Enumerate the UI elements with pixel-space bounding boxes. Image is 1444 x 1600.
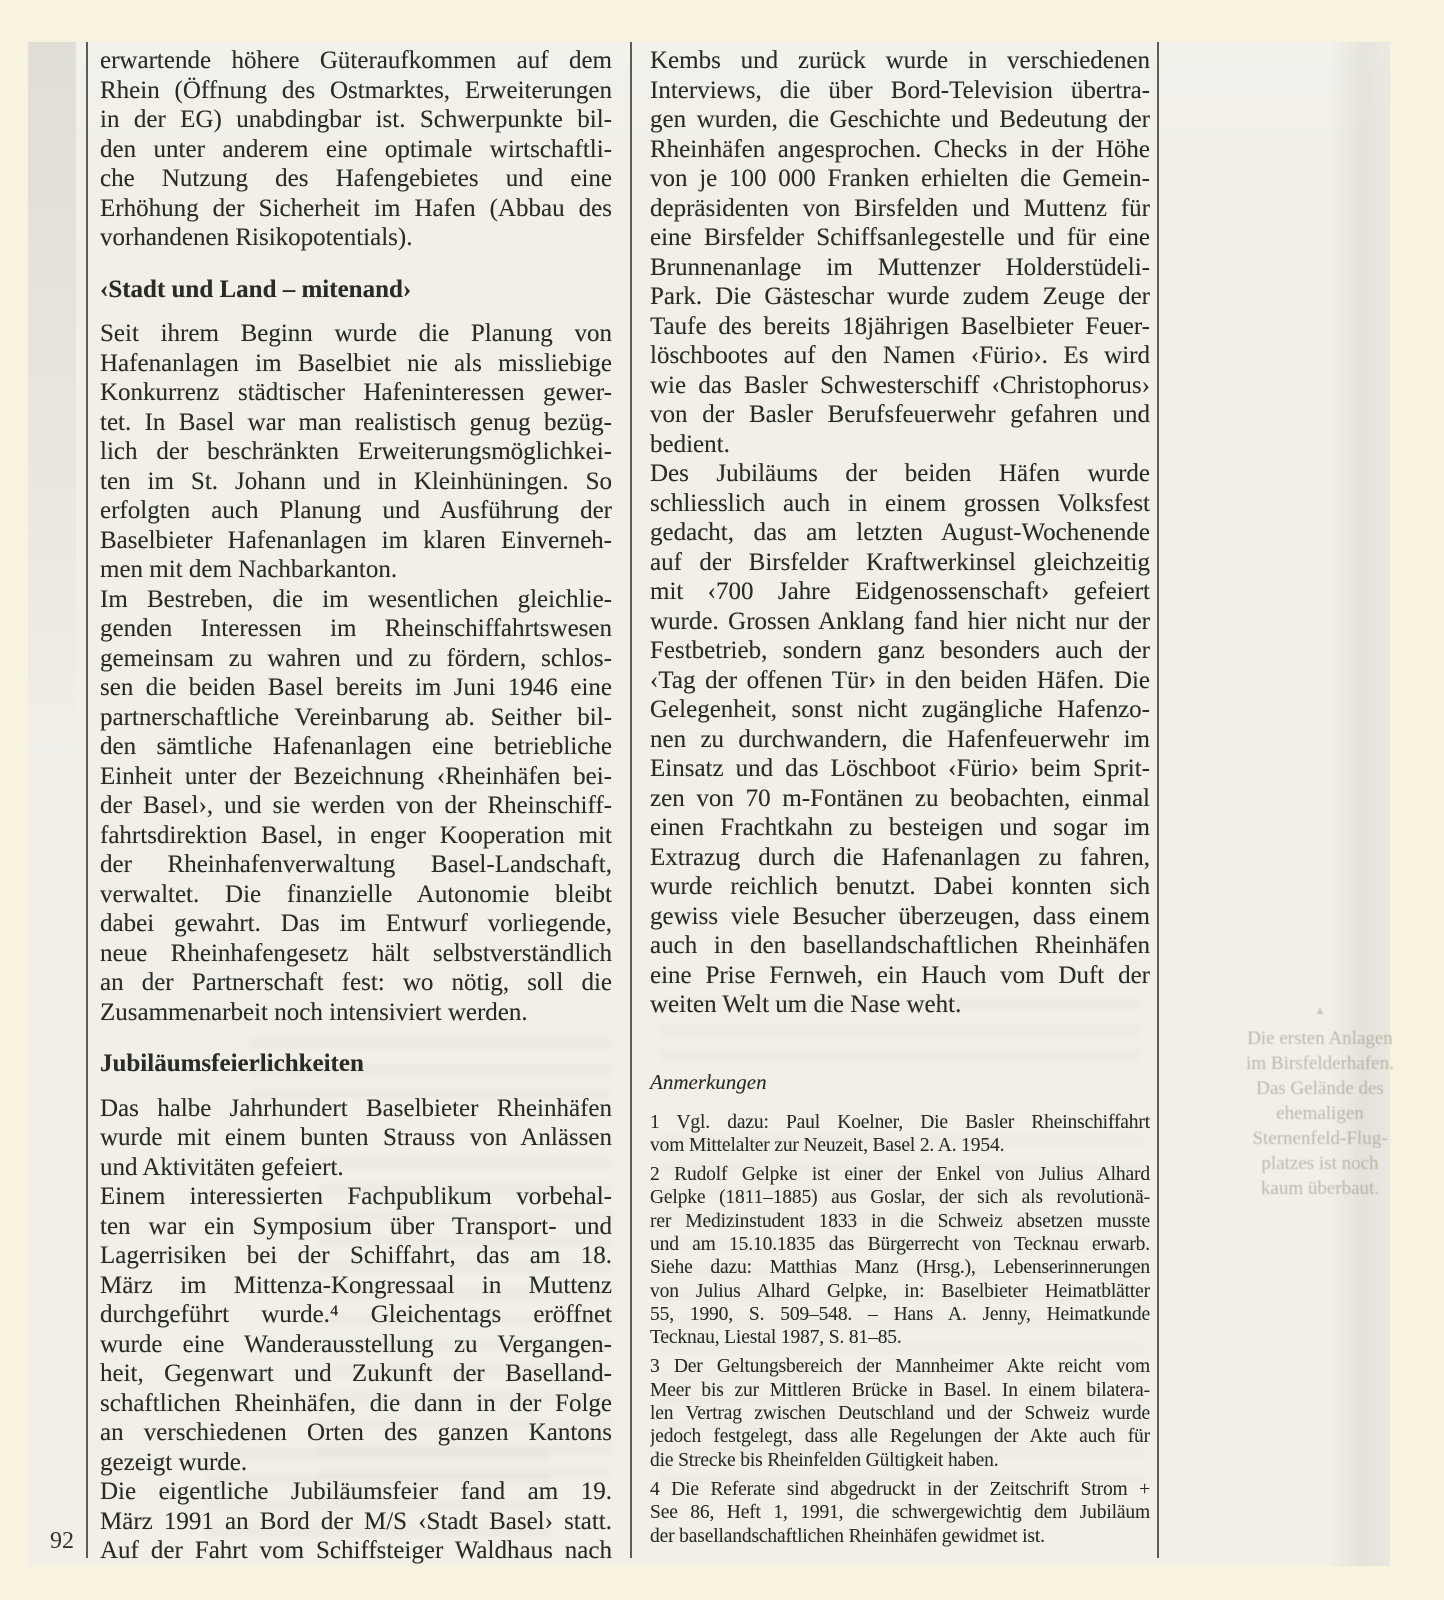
text-line: wurde mit einem bunten Strauss von Anläs… [100,1123,612,1153]
text-line: einen Frachtkahn zu besteigen und sogar … [650,813,1150,843]
text-line: schaftlichen Rheinhäfen, die dann in der… [100,1389,612,1419]
text-line: 3 Der Geltungsbereich der Mannheimer Akt… [650,1355,1150,1378]
text-line: von der Basler Berufsfeuerwehr gefahren … [650,400,1150,430]
text-line: Taufe des bereits 18jährigen Baselbieter… [650,312,1150,342]
text-line: von Julius Alhard Gelpke, in: Baselbiete… [650,1280,1150,1303]
text-line: Extrazug durch die Hafenanlagen zu fahre… [650,843,1150,873]
text-line: Gelegenheit, sonst nicht zugängliche Haf… [650,695,1150,725]
scan-shading-left [28,42,76,802]
text-line: 55, 1990, S. 509–548. – Hans A. Jenny, H… [650,1303,1150,1326]
article-column-left: erwartende höhere Güteraufkommen auf dem… [100,46,612,1566]
caption-pointer-icon: ▲ [1222,1004,1418,1018]
text-line: die Strecke bis Rheinfelden Gültigkeit h… [650,1449,1150,1472]
text-line: vorhandenen Risikopotentials). [100,223,612,253]
footnote: 2 Rudolf Gelpke ist einer der Enkel von … [650,1163,1150,1349]
text-line: Lagerrisiken bei der Schiffahrt, das am … [100,1241,612,1271]
text-line: Baselbieter Hafenanlagen im klaren Einve… [100,526,612,556]
text-line: wurde eine Wanderausstellung zu Vergange… [100,1330,612,1360]
text-line: bedient. [650,430,1150,460]
text-line: im Birsfelderhafen. [1222,1051,1418,1076]
text-line: auf der Birsfelder Kraftwerkinsel gleich… [650,548,1150,578]
text-line: eine Prise Fernweh, ein Hauch vom Duft d… [650,961,1150,991]
text-line: gemeinsam zu wahren und zu fördern, schl… [100,644,612,674]
text-line: Tecknau, Liestal 1987, S. 81–85. [650,1326,1150,1349]
paragraph: Einem interessierten Fachpublikum vorbeh… [100,1182,612,1477]
margin-caption: ▲ Die ersten Anlagenim Birsfelderhafen.D… [1222,1004,1418,1201]
text-line: depräsidenten von Birsfelden und Muttenz… [650,194,1150,224]
text-line: erfolgten auch Planung und Ausführung de… [100,496,612,526]
text-line: gezeigt wurde. [100,1448,612,1478]
footnotes: 1 Vgl. dazu: Paul Koelner, Die Basler Rh… [650,1111,1150,1548]
column-rule-right [1157,42,1159,1558]
footnote: 3 Der Geltungsbereich der Mannheimer Akt… [650,1355,1150,1471]
section-heading: Jubiläumsfeierlichkeiten [100,1049,612,1079]
text-line: März im Mittenza-Kongressaal in Muttenz [100,1271,612,1301]
text-line: jedoch festgelegt, dass alle Regelungen … [650,1425,1150,1448]
text-line: kaum überbaut. [1222,1176,1418,1201]
footnotes-heading: Anmerkungen [650,1070,1150,1095]
paragraph: Das halbe Jahrhundert Baselbieter Rheinh… [100,1094,612,1183]
text-line: 1 Vgl. dazu: Paul Koelner, Die Basler Rh… [650,1111,1150,1134]
text-line: wurde. Grossen Anklang fand hier nicht n… [650,607,1150,637]
column-rule-center [630,42,632,1558]
text-line: und Aktivitäten gefeiert. [100,1153,612,1183]
text-line: löschbootes auf den Namen ‹Fürio›. Es wi… [650,341,1150,371]
text-line: nen zu durchwandern, die Hafenfeuerwehr … [650,725,1150,755]
scan-shading-right [1330,42,1390,1566]
text-line: den sämtliche Hafenanlagen eine betriebl… [100,732,612,762]
text-line: Einheit unter der Bezeichnung ‹Rheinhäfe… [100,762,612,792]
text-line: weiten Welt um die Nase weht. [650,990,1150,1020]
text-line: verwaltet. Die finanzielle Autonomie ble… [100,880,612,910]
text-line: ten war ein Symposium über Transport- un… [100,1212,612,1242]
text-line: Kembs und zurück wurde in verschiedenen [650,46,1150,76]
text-line: ehemaligen [1222,1101,1418,1126]
text-line: ‹Tag der offenen Tür› in den beiden Häfe… [650,666,1150,696]
text-line: tet. In Basel war man realistisch genug … [100,408,612,438]
text-line: neue Rheinhafengesetz hält selbstverstän… [100,939,612,969]
text-line: rer Medizinstudent 1833 in die Schweiz a… [650,1210,1150,1233]
text-line: Seit ihrem Beginn wurde die Planung von [100,319,612,349]
text-line: lich der beschränkten Erweiterungsmöglic… [100,437,612,467]
section-heading: ‹Stadt und Land – mitenand› [100,275,612,305]
text-line: an verschiedenen Orten des ganzen Kanton… [100,1418,612,1448]
page-number: 92 [34,1528,74,1555]
text-line: in der EG) unabdingbar ist. Schwerpunkte… [100,105,612,135]
text-line: durchgeführt wurde.⁴ Gleichentags eröffn… [100,1300,612,1330]
column-rule-left [86,42,88,1558]
text-line: Konkurrenz städtischer Hafeninteressen g… [100,378,612,408]
paragraph: Seit ihrem Beginn wurde die Planung vonH… [100,319,612,585]
text-line: den unter anderem eine optimale wirtscha… [100,135,612,165]
text-line: che Nutzung des Hafengebietes und eine [100,164,612,194]
text-line: Des Jubiläums der beiden Häfen wurde [650,459,1150,489]
text-line: wie das Basler Schwesterschiff ‹Christop… [650,371,1150,401]
text-line: an der Partnerschaft fest: wo nötig, sol… [100,968,612,998]
text-line: zen von 70 m-Fontänen zu beobachten, ein… [650,784,1150,814]
text-line: Festbetrieb, sondern ganz besonders auch… [650,636,1150,666]
text-line: vom Mittelalter zur Neuzeit, Basel 2. A.… [650,1134,1150,1157]
text-line: Das Gelände des [1222,1076,1418,1101]
paragraph: Die eigentliche Jubiläumsfeier fand am 1… [100,1477,612,1566]
text-line: partnerschaftliche Vereinbarung ab. Seit… [100,703,612,733]
text-line: Hafenanlagen im Baselbiet nie als missli… [100,349,612,379]
text-line: erwartende höhere Güteraufkommen auf dem [100,46,612,76]
text-line: von je 100 000 Franken erhielten die Gem… [650,164,1150,194]
text-line: fahrtsdirektion Basel, in enger Kooperat… [100,821,612,851]
text-line: Im Bestreben, die im wesentlichen gleich… [100,585,612,615]
text-line: eine Birsfelder Schiffsanlegestelle und … [650,223,1150,253]
text-line: 2 Rudolf Gelpke ist einer der Enkel von … [650,1163,1150,1186]
text-line: Rhein (Öffnung des Ostmarktes, Erweiteru… [100,76,612,106]
text-line: Sternenfeld-Flug- [1222,1126,1418,1151]
text-line: platzes ist noch [1222,1151,1418,1176]
text-line: Interviews, die über Bord-Television übe… [650,76,1150,106]
text-line: gewiss viele Besucher überzeugen, dass e… [650,902,1150,932]
text-line: See 86, Heft 1, 1991, die schwergewichti… [650,1501,1150,1524]
paragraph: erwartende höhere Güteraufkommen auf dem… [100,46,612,253]
text-line: Die ersten Anlagen [1222,1026,1418,1051]
paragraph: Des Jubiläums der beiden Häfen wurdeschl… [650,459,1150,1020]
text-line: Erhöhung der Sicherheit im Hafen (Abbau … [100,194,612,224]
text-line: der Rheinhafenverwaltung Basel-Landschaf… [100,850,612,880]
text-line: dabei gewahrt. Das im Entwurf vorliegend… [100,909,612,939]
text-line: Meer bis zur Mittleren Brücke in Basel. … [650,1379,1150,1402]
text-line: der basellandschaftlichen Rheinhäfen gew… [650,1525,1150,1548]
caption-text: Die ersten Anlagenim Birsfelderhafen.Das… [1222,1026,1418,1201]
text-line: Das halbe Jahrhundert Baselbieter Rheinh… [100,1094,612,1124]
paragraph: Kembs und zurück wurde in verschiedenenI… [650,46,1150,459]
paragraph: Im Bestreben, die im wesentlichen gleich… [100,585,612,1028]
text-line: März 1991 an Bord der M/S ‹Stadt Basel› … [100,1507,612,1537]
text-line: Siehe dazu: Matthias Manz (Hrsg.), Leben… [650,1256,1150,1279]
text-line: Auf der Fahrt vom Schiffsteiger Waldhaus… [100,1536,612,1566]
text-line: Einem interessierten Fachpublikum vorbeh… [100,1182,612,1212]
text-line: und am 15.10.1835 das Bürgerrecht von Te… [650,1233,1150,1256]
text-line: ten im St. Johann und in Kleinhüningen. … [100,467,612,497]
text-line: mit ‹700 Jahre Eidgenossenschaft› gefeie… [650,577,1150,607]
text-line: men mit dem Nachbarkanton. [100,555,612,585]
text-line: Zusammenarbeit noch intensiviert werden. [100,998,612,1028]
text-line: 4 Die Referate sind abgedruckt in der Ze… [650,1478,1150,1501]
text-line: der Basel›, und sie werden von der Rhein… [100,791,612,821]
text-line: Die eigentliche Jubiläumsfeier fand am 1… [100,1477,612,1507]
text-line: Park. Die Gästeschar wurde zudem Zeuge d… [650,282,1150,312]
article-column-right: Kembs und zurück wurde in verschiedenenI… [650,46,1150,1548]
text-line: gen wurden, die Geschichte und Bedeutung… [650,105,1150,135]
text-line: sen die beiden Basel bereits im Juni 194… [100,673,612,703]
text-line: gedacht, das am letzten August-Wochenend… [650,518,1150,548]
text-line: Gelpke (1811–1885) aus Goslar, der sich … [650,1186,1150,1209]
footnote: 1 Vgl. dazu: Paul Koelner, Die Basler Rh… [650,1111,1150,1158]
text-line: genden Interessen im Rheinschiffahrtswes… [100,614,612,644]
text-line: heit, Gegenwart und Zukunft der Basellan… [100,1359,612,1389]
scanned-book-page: { "page": { "number": "92", "background_… [0,0,1444,1600]
footnote: 4 Die Referate sind abgedruckt in der Ze… [650,1478,1150,1548]
text-line: wurde reichlich benutzt. Dabei konnten s… [650,872,1150,902]
text-line: Einsatz und das Löschboot ‹Fürio› beim S… [650,754,1150,784]
text-line: len Vertrag zwischen Deutschland und der… [650,1402,1150,1425]
text-line: schliesslich auch in einem grossen Volks… [650,489,1150,519]
text-line: Rheinhäfen angesprochen. Checks in der H… [650,135,1150,165]
text-line: auch in den basellandschaftlichen Rheinh… [650,931,1150,961]
text-line: Brunnenanlage im Muttenzer Holderstüdeli… [650,253,1150,283]
